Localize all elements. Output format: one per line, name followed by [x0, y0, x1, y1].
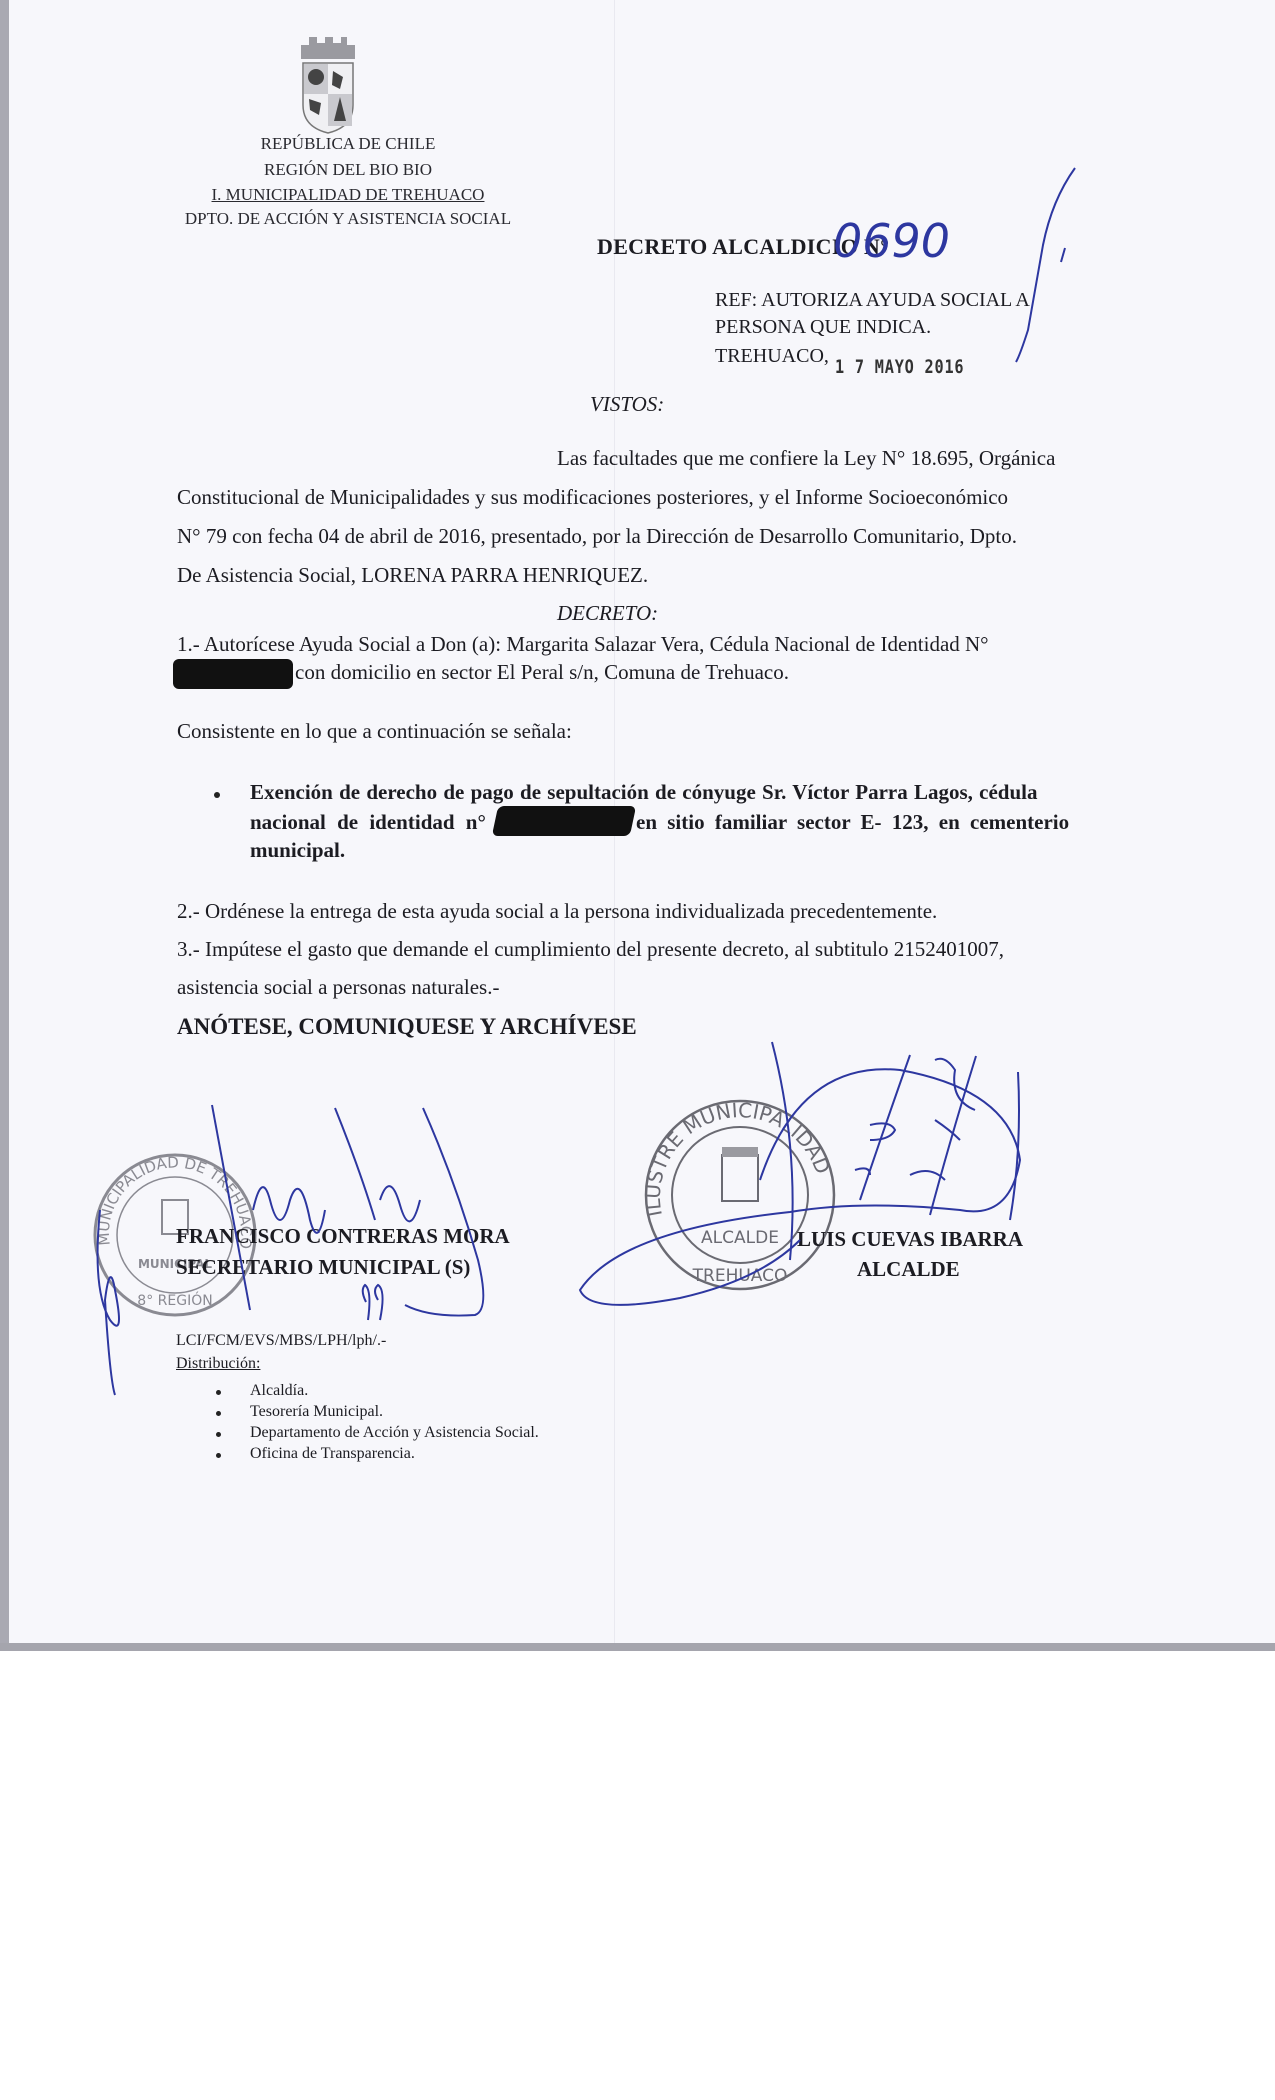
distribution-item: Departamento de Acción y Asistencia Soci…: [250, 1425, 539, 1441]
bullet-dot: [216, 1432, 221, 1437]
scanned-page: REPÚBLICA DE CHILE REGIÓN DEL BIO BIO I.…: [0, 0, 1275, 1643]
bullet-dot: [216, 1411, 221, 1416]
scan-edge-bottom: [0, 1643, 1275, 1651]
distribution-item: Tesorería Municipal.: [250, 1404, 383, 1420]
distribution-label: Distribución:: [176, 1356, 260, 1372]
distribution-item: Alcaldía.: [250, 1383, 308, 1399]
initials-text: LCI/FCM/EVS/MBS/LPH/lph/.-: [176, 1333, 386, 1349]
signature-strokes: [0, 0, 1275, 1500]
distribution-item: Oficina de Transparencia.: [250, 1446, 415, 1462]
bullet-dot: [216, 1390, 221, 1395]
bullet-dot: [216, 1453, 221, 1458]
scan-edge-left: [0, 0, 9, 1650]
